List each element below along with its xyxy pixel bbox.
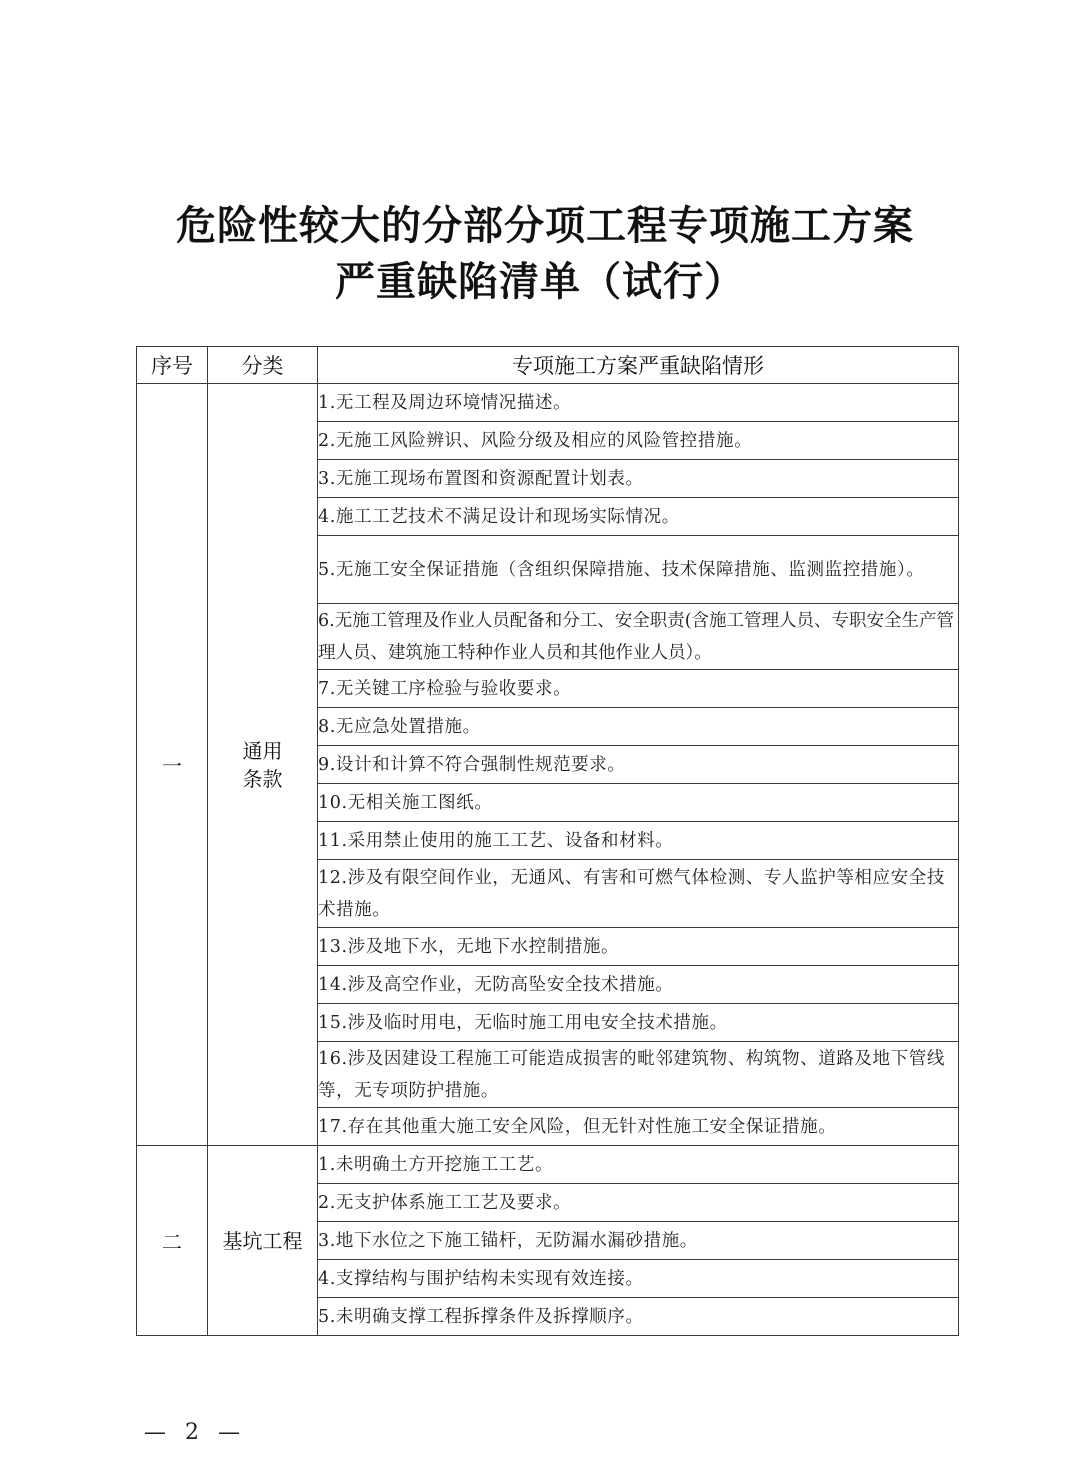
table-row: 一 通用 条款 1.无工程及周边环境情况描述。 [137,384,959,422]
defect-item: 3.地下水位之下施工锚杆，无防漏水漏砂措施。 [318,1222,959,1260]
defect-item: 9.设计和计算不符合强制性规范要求。 [318,746,959,784]
page-number: — 2 — [144,1420,246,1445]
defect-item: 1.无工程及周边环境情况描述。 [318,384,959,422]
table-row: 二 基坑工程 1.未明确土方开挖施工工艺。 [137,1146,959,1184]
defect-item: 10.无相关施工图纸。 [318,784,959,822]
defect-item: 17.存在其他重大施工安全风险，但无针对性施工安全保证措施。 [318,1108,959,1146]
header-category: 分类 [208,347,318,384]
defect-item: 1.未明确土方开挖施工工艺。 [318,1146,959,1184]
defect-item: 7.无关键工序检验与验收要求。 [318,670,959,708]
defect-item: 3.无施工现场布置图和资源配置计划表。 [318,460,959,498]
defect-item: 11.采用禁止使用的施工工艺、设备和材料。 [318,822,959,860]
defect-item: 12.涉及有限空间作业，无通风、有害和可燃气体检测、专人监护等相应安全技术措施。 [318,860,959,928]
section-seq: 一 [137,384,208,1146]
defect-item: 5.未明确支撑工程拆撑条件及拆撑顺序。 [318,1298,959,1336]
defects-table: 序号 分类 专项施工方案严重缺陷情形 一 通用 条款 1.无工程及周边环境情况描… [136,346,959,1336]
defect-item: 5.无施工安全保证措施（含组织保障措施、技术保障措施、监测监控措施）。 [318,536,959,604]
header-description: 专项施工方案严重缺陷情形 [318,347,959,384]
defect-item: 2.无支护体系施工工艺及要求。 [318,1184,959,1222]
table-header-row: 序号 分类 专项施工方案严重缺陷情形 [137,347,959,384]
defect-item: 16.涉及因建设工程施工可能造成损害的毗邻建筑物、构筑物、道路及地下管线等，无专… [318,1042,959,1108]
defect-item: 2.无施工风险辨识、风险分级及相应的风险管控措施。 [318,422,959,460]
section-seq: 二 [137,1146,208,1336]
document-title-line2: 严重缺陷清单（试行） [0,250,1080,307]
header-seq: 序号 [137,347,208,384]
section-category: 基坑工程 [208,1146,318,1336]
category-line: 条款 [208,765,317,793]
document-title-line1: 危险性较大的分部分项工程专项施工方案 [0,194,1080,251]
section-category: 通用 条款 [208,384,318,1146]
defect-item: 4.支撑结构与围护结构未实现有效连接。 [318,1260,959,1298]
defect-item: 14.涉及高空作业，无防高坠安全技术措施。 [318,966,959,1004]
defect-item: 13.涉及地下水，无地下水控制措施。 [318,928,959,966]
category-line: 通用 [208,737,317,765]
defect-item: 4.施工工艺技术不满足设计和现场实际情况。 [318,498,959,536]
defect-item: 15.涉及临时用电，无临时施工用电安全技术措施。 [318,1004,959,1042]
defect-item: 8.无应急处置措施。 [318,708,959,746]
defect-item: 6.无施工管理及作业人员配备和分工、安全职责(含施工管理人员、专职安全生产管理人… [318,604,959,670]
